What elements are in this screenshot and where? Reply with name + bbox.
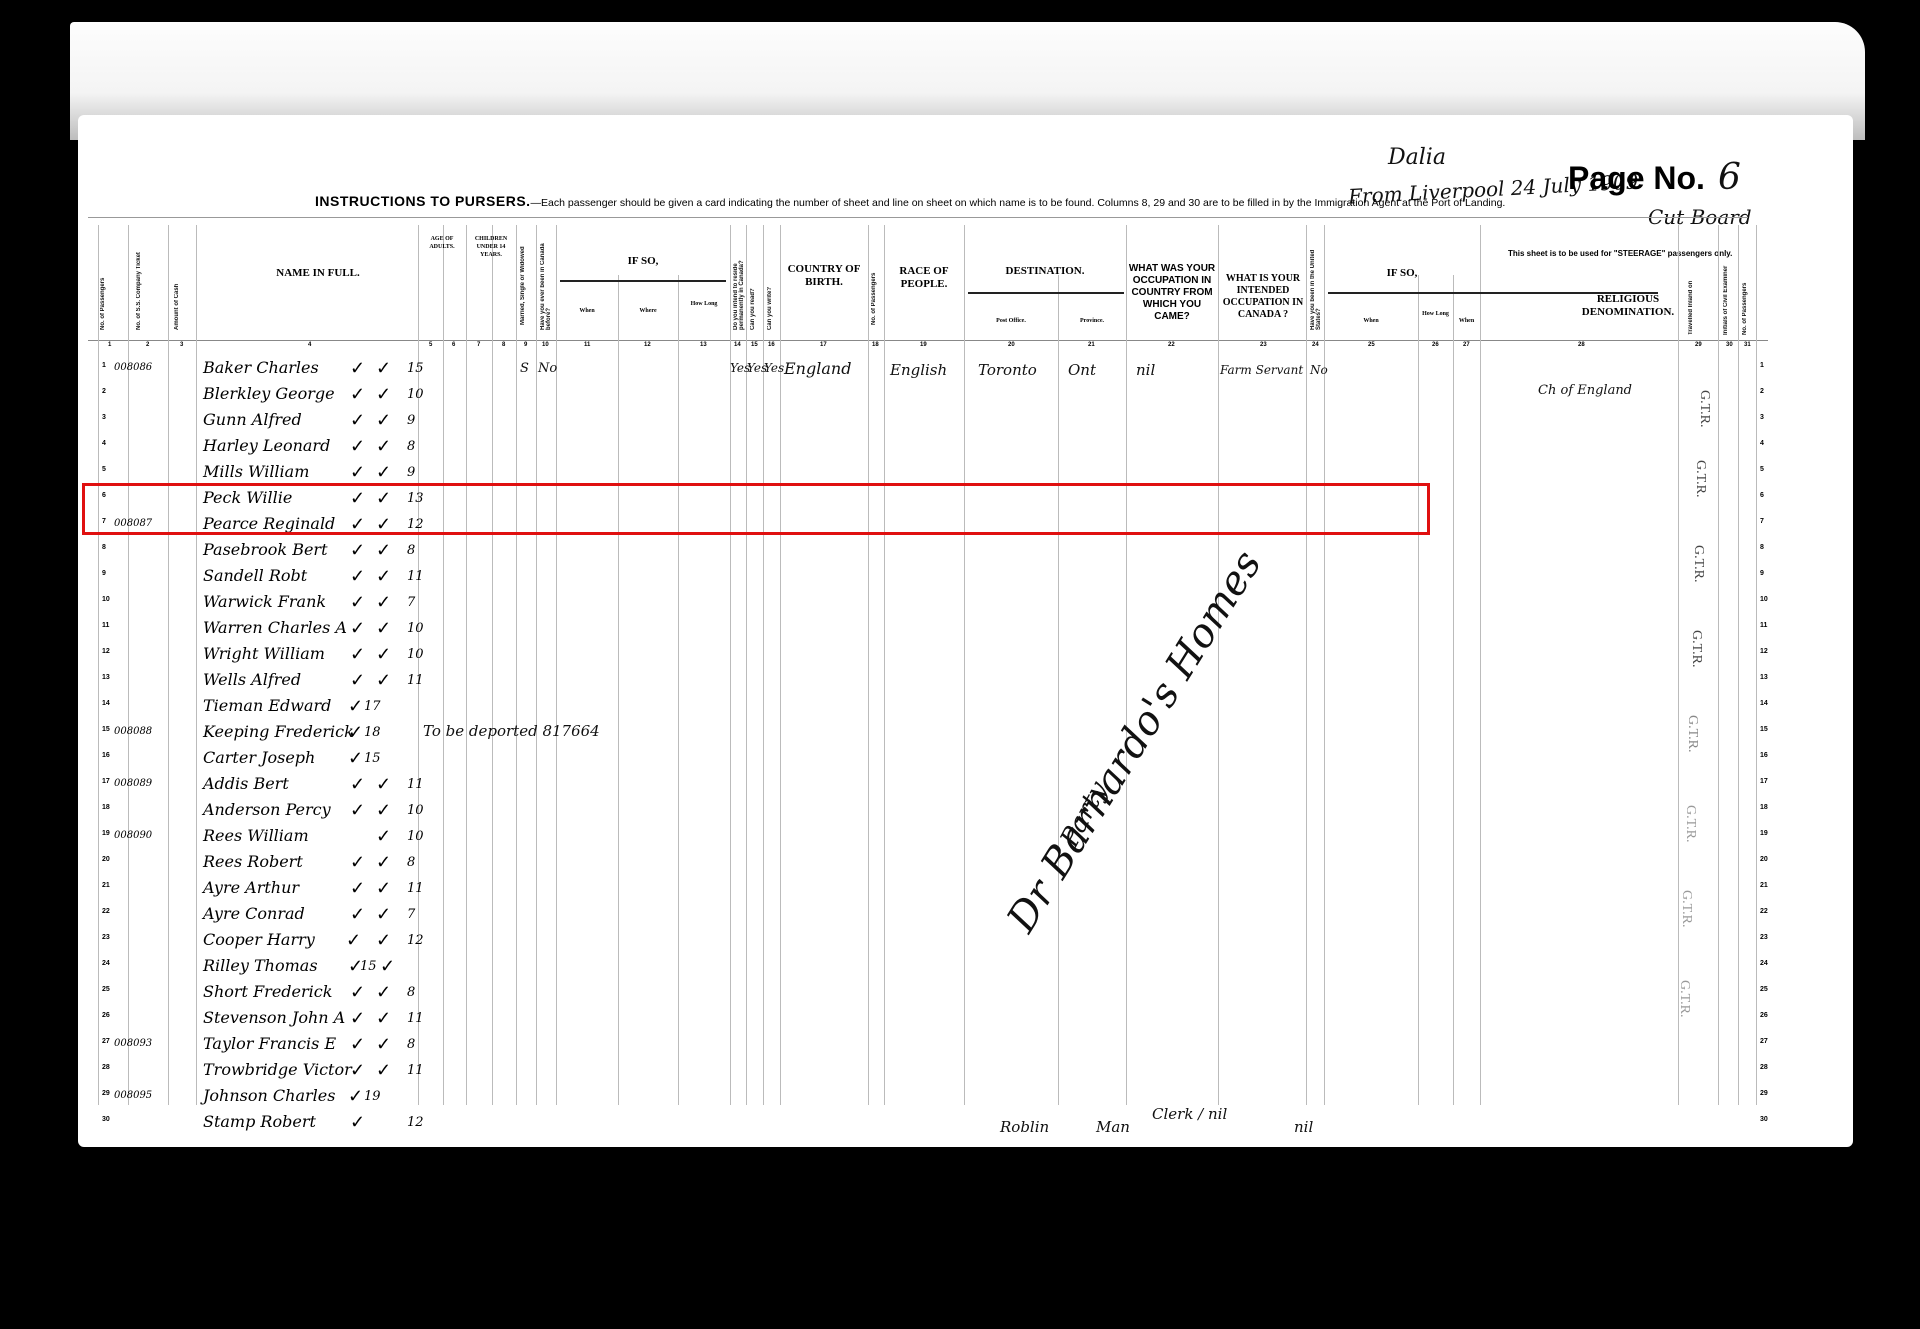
header-occupation-from: WHAT WAS YOUR OCCUPATION IN COUNTRY FROM… — [1128, 263, 1216, 323]
passenger-name: Stamp Robert — [203, 1112, 316, 1131]
header-bottom-rule — [88, 340, 1768, 341]
passenger-name: Rilley Thomas — [203, 956, 318, 975]
header-destination: DESTINATION. — [964, 265, 1126, 278]
header-religion: RELIGIOUS DENOMINATION. — [1578, 293, 1678, 319]
passenger-name: Keeping Frederick — [203, 722, 354, 741]
previous-occupation: nil — [1136, 361, 1155, 379]
intended-occupation: Farm Servant — [1220, 363, 1303, 377]
passenger-row: 26Stevenson John A✓✓1126 — [78, 1008, 1853, 1034]
passenger-name: Gunn Alfred — [203, 410, 302, 429]
header-age-adults: AGE OF ADULTS. — [418, 235, 466, 251]
inland-route-stamp: G.T.R. — [1678, 890, 1694, 927]
header-when-3: When — [1453, 315, 1480, 328]
highlighted-row-box — [82, 483, 1430, 535]
header-post-office: Post Office. — [964, 315, 1058, 328]
header-where: Where — [618, 305, 678, 318]
passenger-name: Harley Leonard — [203, 436, 330, 455]
passenger-row: 20Rees Robert✓✓820 — [78, 852, 1853, 878]
passenger-name: Carter Joseph — [203, 748, 315, 767]
religious-denomination: Ch of England — [1538, 383, 1632, 398]
header-col-3: Amount of Cash — [174, 230, 180, 330]
destination-province: Ont — [1068, 361, 1096, 379]
colnum-1: 1 — [108, 342, 111, 348]
colnum-15: 15 — [751, 342, 758, 348]
colnum-26: 26 — [1432, 342, 1439, 348]
passenger-row: 9Sandell Robt✓✓119 — [78, 566, 1853, 592]
colnum-14: 14 — [734, 342, 741, 348]
header-when-2: When — [1324, 315, 1418, 328]
passenger-row: 28Trowbridge Victor✓✓1128 — [78, 1060, 1853, 1086]
passenger-name: Baker Charles — [203, 358, 319, 377]
header-occupation-intended: WHAT IS YOUR INTENDED OCCUPATION IN CANA… — [1220, 273, 1306, 321]
header-province: Province. — [1058, 315, 1126, 328]
deportation-note: To be deported 817664 — [423, 722, 600, 740]
header-how-long-2: How Long — [1418, 311, 1453, 318]
passenger-row: 17008089Addis Bert✓✓1117 — [78, 774, 1853, 800]
header-children: CHILDREN UNDER 14 YEARS. — [466, 235, 516, 259]
passenger-name: Mills William — [203, 462, 309, 481]
passenger-row: 19008090Rees William✓1019 — [78, 826, 1853, 852]
colnum-22: 22 — [1168, 342, 1175, 348]
header-col-10: Have you ever been in Canada before? — [540, 230, 552, 330]
colnum-21: 21 — [1088, 342, 1095, 348]
passenger-name: Rees William — [203, 826, 309, 845]
colnum-17: 17 — [820, 342, 827, 348]
passenger-row: 24Rilley Thomas✓15✓24 — [78, 956, 1853, 982]
ship-name: Dalia — [1388, 145, 1446, 170]
colnum-13: 13 — [700, 342, 707, 348]
header-col-2: No. of S.S. Company Ticket — [136, 230, 142, 330]
header-race: RACE OF PEOPLE. — [884, 265, 964, 291]
header-name: NAME IN FULL. — [238, 267, 398, 280]
header-country: COUNTRY OF BIRTH. — [780, 263, 868, 289]
inland-route-stamp: G.T.R. — [1692, 460, 1708, 497]
last-occupation-intended: nil — [1294, 1118, 1313, 1136]
passenger-row: 10Warwick Frank✓✓710 — [78, 592, 1853, 618]
passenger-row: 13Wells Alfred✓✓1113 — [78, 670, 1853, 696]
passenger-name: Ayre Arthur — [203, 878, 299, 897]
colnum-25: 25 — [1368, 342, 1375, 348]
last-province: Man — [1096, 1118, 1130, 1136]
header-when-1: When — [556, 305, 618, 318]
colnum-16: 16 — [768, 342, 775, 348]
inland-route-stamp: G.T.R. — [1676, 980, 1692, 1017]
passenger-name: Ayre Conrad — [203, 904, 305, 923]
header-top-rule — [88, 217, 1748, 218]
instructions-title: INSTRUCTIONS TO PURSERS. — [315, 193, 531, 209]
passenger-row: 27008093Taylor Francis E✓✓827 — [78, 1034, 1853, 1060]
passenger-row: 3Gunn Alfred✓✓93 — [78, 410, 1853, 436]
passenger-row: 30Stamp Robert✓1230 — [78, 1112, 1853, 1138]
passenger-name: Johnson Charles — [203, 1086, 335, 1105]
passenger-name: Rees Robert — [203, 852, 303, 871]
country-of-birth: England — [784, 359, 851, 378]
passenger-name: Cooper Harry — [203, 930, 315, 949]
colnum-4: 4 — [308, 342, 311, 348]
passenger-name: Taylor Francis E — [203, 1034, 336, 1053]
colnum-19: 19 — [920, 342, 927, 348]
page-number: 6 — [1718, 157, 1741, 198]
passenger-name: Warren Charles A — [203, 618, 347, 637]
header-if-so-1: IF SO, — [556, 255, 730, 268]
colnum-10: 10 — [542, 342, 549, 348]
passenger-row: 1008086Baker Charles✓✓151 — [78, 358, 1853, 384]
passenger-row: 14Tieman Edward✓1714 — [78, 696, 1853, 722]
passenger-list-sheet: Dalia From Liverpool 24 July 1909 Cut Bo… — [78, 115, 1853, 1147]
been-in-us: No — [1310, 363, 1328, 377]
passenger-name: Sandell Robt — [203, 566, 307, 585]
passenger-row: 29008095Johnson Charles✓1929 — [78, 1086, 1853, 1112]
colnum-5: 5 — [429, 342, 432, 348]
passenger-row: 18Anderson Percy✓✓1018 — [78, 800, 1853, 826]
passenger-row: 16Carter Joseph✓1516 — [78, 748, 1853, 774]
passenger-name: Anderson Percy — [203, 800, 331, 819]
inland-route-stamp: G.T.R. — [1684, 715, 1700, 752]
destination-post-office: Toronto — [978, 361, 1037, 379]
passenger-row: 25Short Frederick✓✓825 — [78, 982, 1853, 1008]
inland-route-stamp: G.T.R. — [1696, 390, 1712, 427]
passenger-name: Pasebrook Bert — [203, 540, 328, 559]
passenger-row: 4Harley Leonard✓✓84 — [78, 436, 1853, 462]
steerage-note: This sheet is to be used for "STEERAGE" … — [1508, 249, 1732, 258]
passenger-row: 15008088Keeping Frederick✓18To be deport… — [78, 722, 1853, 748]
passenger-row: 22Ayre Conrad✓✓722 — [78, 904, 1853, 930]
colnum-6: 6 — [452, 342, 455, 348]
header-col-15: Can you read? — [750, 230, 756, 330]
colnum-7: 7 — [477, 342, 480, 348]
colnum-3: 3 — [180, 342, 183, 348]
last-post-office: Roblin — [1000, 1118, 1049, 1136]
can-write: Yes — [764, 361, 784, 375]
inland-route-stamp: G.T.R. — [1682, 805, 1698, 842]
colnum-27: 27 — [1463, 342, 1470, 348]
header-if-so-2: IF SO, — [1324, 267, 1480, 280]
instructions-text: —Each passenger should be given a card i… — [531, 197, 1506, 209]
header-col-18: No. of Passengers — [871, 245, 877, 325]
last-occupation-from: Clerk / nil — [1152, 1105, 1227, 1123]
passenger-row: 21Ayre Arthur✓✓1121 — [78, 878, 1853, 904]
colnum-30: 30 — [1726, 342, 1733, 348]
header-col-14: Do you intend to reside permanently in C… — [733, 230, 745, 330]
page-label: Page No. — [1568, 160, 1705, 197]
been-before: No — [538, 361, 557, 376]
colnum-20: 20 — [1008, 342, 1015, 348]
passenger-name: Tieman Edward — [203, 696, 331, 715]
passenger-name: Trowbridge Victor — [203, 1060, 352, 1079]
header-col-16: Can you write? — [767, 230, 773, 330]
colnum-2: 2 — [146, 342, 149, 348]
inland-route-stamp: G.T.R. — [1688, 630, 1704, 667]
colnum-8: 8 — [502, 342, 505, 348]
header-col-24: Have you been in the United States? — [1310, 230, 1322, 330]
colnum-23: 23 — [1260, 342, 1267, 348]
colnum-12: 12 — [644, 342, 651, 348]
marital-status: S — [520, 361, 529, 376]
colnum-31: 31 — [1744, 342, 1751, 348]
header-col-29: Travelled Inland on — [1688, 275, 1694, 335]
passenger-row: 11Warren Charles A✓✓1011 — [78, 618, 1853, 644]
passenger-name: Wright William — [203, 644, 325, 663]
passenger-row: 8Pasebrook Bert✓✓88 — [78, 540, 1853, 566]
header-col-30: Initials of Civil Examiner — [1723, 265, 1729, 335]
passenger-name: Warwick Frank — [203, 592, 326, 611]
colnum-24: 24 — [1312, 342, 1319, 348]
inland-route-stamp: G.T.R. — [1690, 545, 1706, 582]
colnum-28: 28 — [1578, 342, 1585, 348]
header-col-9: Married, Single or Widowed — [520, 245, 526, 325]
passenger-name: Stevenson John A — [203, 1008, 345, 1027]
passenger-name: Short Frederick — [203, 982, 332, 1001]
header-how-long-1: How Long — [678, 301, 730, 308]
colnum-18: 18 — [872, 342, 879, 348]
race-of-people: English — [890, 361, 947, 379]
passenger-name: Addis Bert — [203, 774, 289, 793]
header-col-1: No. of Passengers — [100, 230, 106, 330]
passenger-name: Wells Alfred — [203, 670, 301, 689]
colnum-29: 29 — [1695, 342, 1702, 348]
passenger-row: 12Wright William✓✓1012 — [78, 644, 1853, 670]
instructions: INSTRUCTIONS TO PURSERS.—Each passenger … — [315, 193, 1505, 209]
header-col-31: No. of Passengers — [1742, 235, 1748, 335]
passenger-row: 23Cooper Harry✓✓1223 — [78, 930, 1853, 956]
colnum-9: 9 — [524, 342, 527, 348]
colnum-11: 11 — [584, 342, 590, 348]
passenger-name: Blerkley George — [203, 384, 335, 403]
